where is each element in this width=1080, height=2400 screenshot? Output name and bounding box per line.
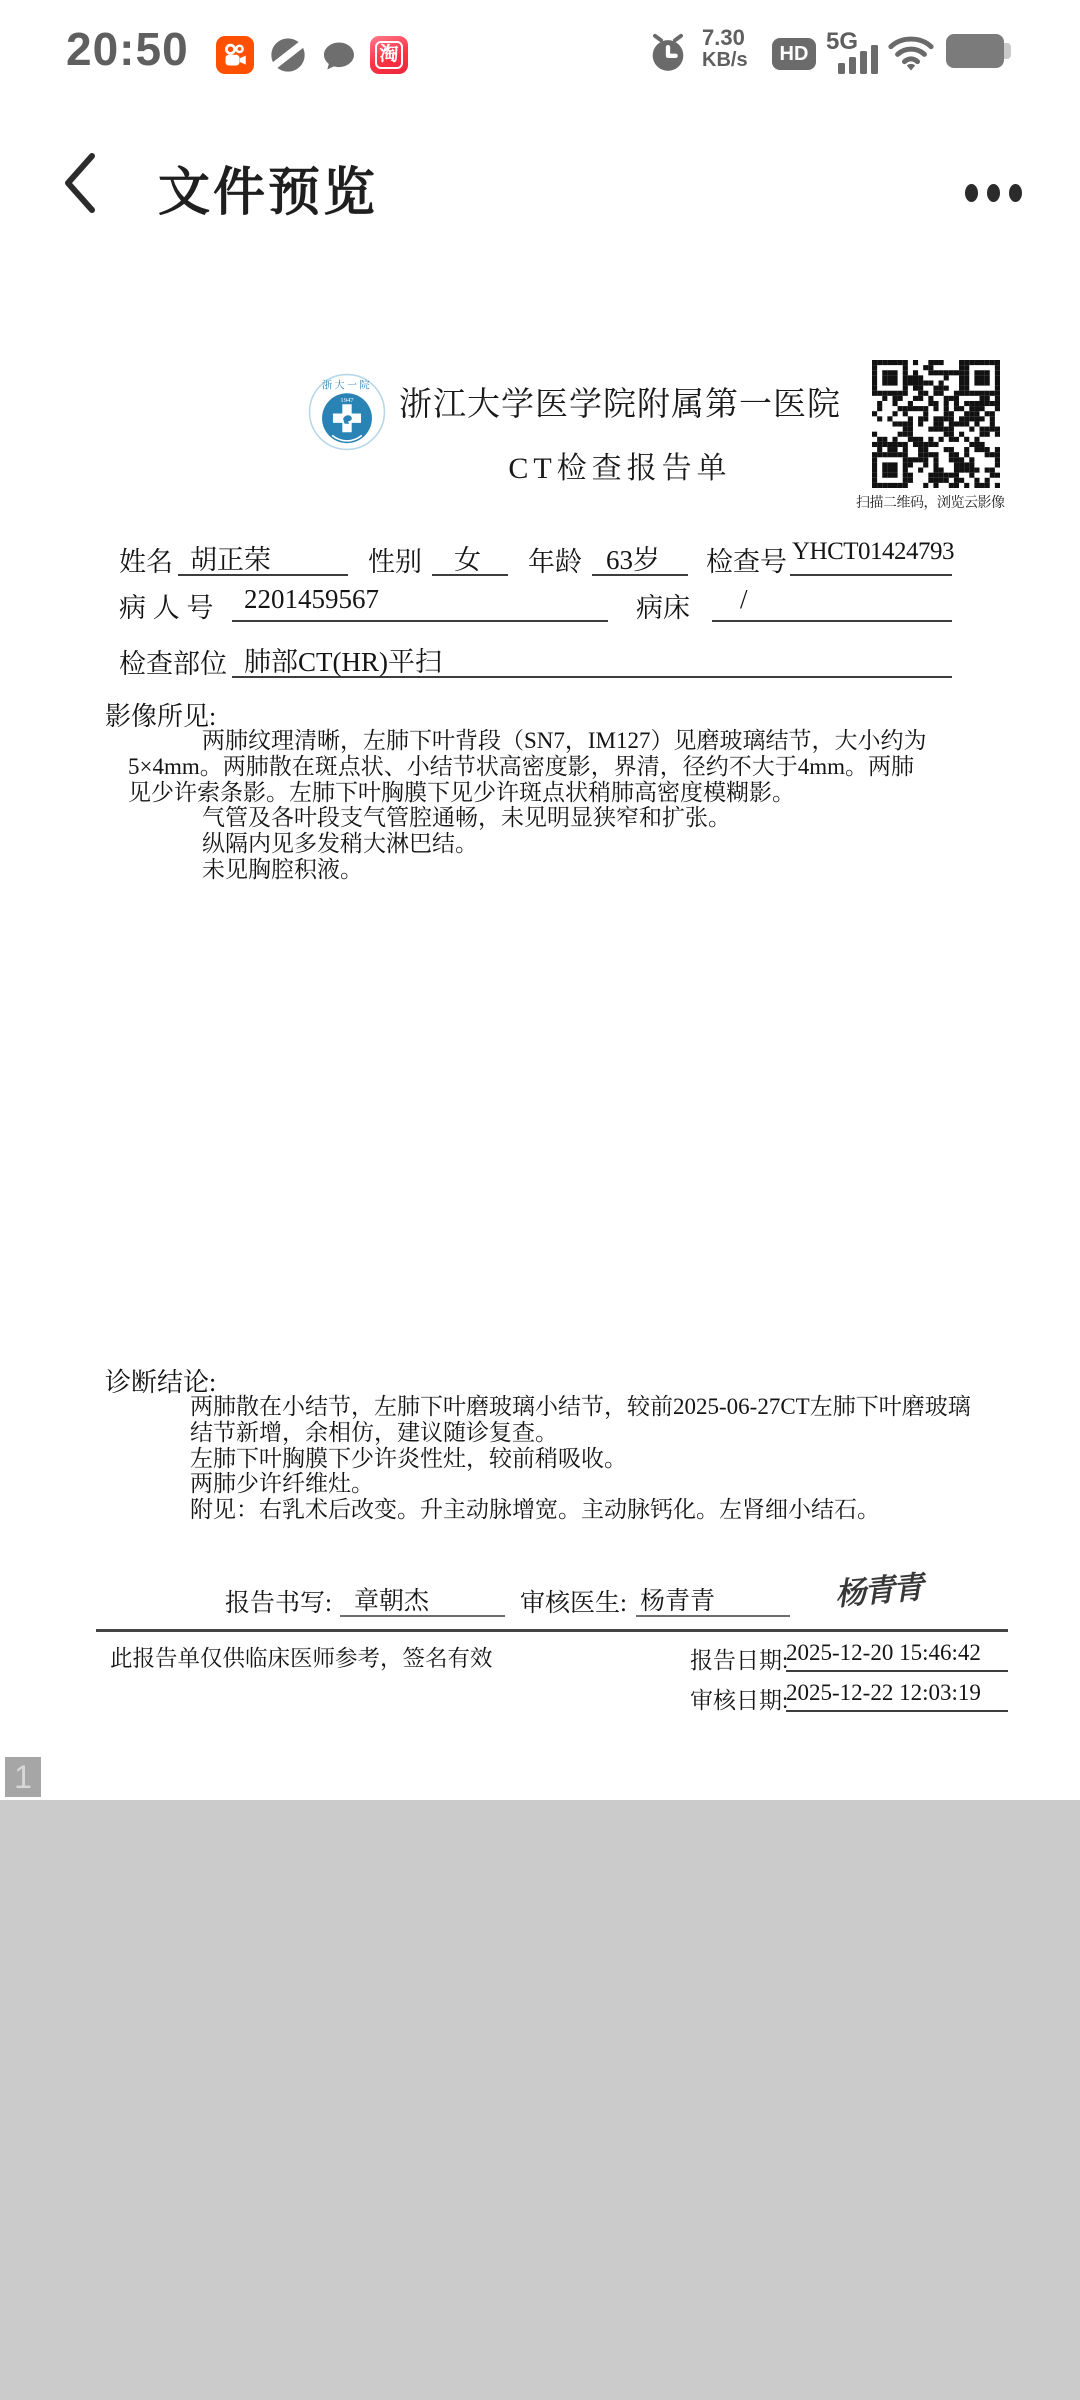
exam-part-label: 检查部位 [119, 642, 227, 681]
gender-label: 性别 [368, 540, 422, 579]
name-label: 姓名 [119, 540, 173, 579]
patient-no-label: 病 人 号 [119, 586, 214, 625]
report-date-row: 报告日期: 2025-12-20 15:46:42 [0, 1642, 1080, 1674]
reviewer-label: 审核医生: [520, 1583, 627, 1619]
conclusion-line: 左肺下叶胸膜下少许炎性灶，较前稍吸收。 [190, 1446, 971, 1472]
app-header: 文件预览 [0, 100, 1080, 272]
network-speed-value: 7.30 [702, 26, 748, 49]
patient-row-3: 检查部位 肺部CT(HR)平扫 [0, 642, 1080, 680]
ellipsis-dot [965, 184, 978, 202]
chevron-left-icon [62, 152, 96, 214]
findings-line: 两肺纹理清晰，左肺下叶背段（SN7，IM127）见磨玻璃结节，大小约为 [128, 728, 927, 754]
name-value: 胡正荣 [178, 538, 348, 576]
age-label: 年龄 [528, 540, 582, 579]
video-camera-icon [220, 40, 250, 70]
reviewer-name: 杨青青 [636, 1581, 790, 1617]
hospital-name: 浙江大学医学院附属第一医院 [330, 378, 910, 425]
age-value: 63岁 [592, 538, 688, 576]
phone-screen: 20:50 淘 [0, 0, 1080, 2400]
bed-value: / [712, 584, 952, 622]
document-preview-page[interactable]: 浙大一院 1947 浙江大学医学院附属第一医院 CT检查报告单 扫描二维码，浏览… [0, 273, 1080, 1800]
planet-icon [268, 35, 308, 75]
report-title: CT检查报告单 [330, 443, 910, 487]
patient-row-1: 姓名 胡正荣 性别 女 年龄 63岁 检查号 YHCT01424793 [0, 540, 1080, 578]
findings-line: 见少许索条影。左肺下叶胸膜下见少许斑点状稍肺高密度模糊影。 [128, 780, 927, 806]
conclusion-text: 两肺散在小结节，左肺下叶磨玻璃小结节，较前2025-06-27CT左肺下叶磨玻璃… [190, 1394, 971, 1523]
conclusion-line: 两肺少许纤维灶。 [190, 1471, 971, 1497]
page-number-badge: 1 [5, 1757, 41, 1797]
network-speed-unit: KB/s [702, 49, 748, 72]
findings-line: 5×4mm。两肺散在斑点状、小结节状高密度影，界清，径约不大于4mm。两肺 [128, 754, 927, 780]
kuaishou-notification-icon [216, 36, 254, 74]
conclusion-line: 结节新增，余相仿，建议随诊复查。 [190, 1420, 971, 1446]
battery-icon [946, 34, 1004, 68]
preview-background [0, 1800, 1080, 2400]
clock-time: 20:50 [66, 22, 189, 76]
review-date-label: 审核日期: [690, 1682, 788, 1715]
gender-value: 女 [432, 538, 508, 576]
back-button[interactable] [62, 152, 132, 232]
exam-part-value: 肺部CT(HR)平扫 [232, 640, 952, 678]
alarm-clock-icon [648, 32, 688, 74]
qr-caption: 扫描二维码，浏览云影像 [856, 492, 1016, 512]
ellipsis-dot [1009, 184, 1022, 202]
findings-line: 气管及各叶段支气管腔通畅，未见明显狭窄和扩张。 [128, 805, 927, 831]
bed-label: 病床 [636, 586, 690, 625]
taobao-notification-icon: 淘 [370, 36, 408, 74]
patient-no-value: 2201459567 [232, 584, 608, 622]
exam-no-label: 检查号 [706, 540, 787, 579]
chat-notification-icon [321, 38, 357, 74]
footer-rule [96, 1629, 1008, 1632]
wifi-icon [888, 32, 934, 74]
findings-line: 纵隔内见多发稍大淋巴结。 [128, 831, 927, 857]
page-title: 文件预览 [158, 150, 378, 225]
status-bar: 20:50 淘 [0, 0, 1080, 100]
browser-notification-icon [268, 35, 308, 75]
speech-bubble-icon [321, 38, 357, 74]
handwritten-signature: 杨青青 [835, 1561, 929, 1614]
writer-label: 报告书写: [225, 1583, 332, 1619]
exam-no-value: YHCT01424793 [790, 538, 952, 576]
report-date-value: 2025-12-20 15:46:42 [786, 1640, 1008, 1672]
cellular-signal-indicator: 5G [826, 28, 882, 76]
signal-bars-icon [838, 45, 878, 74]
review-date-row: 审核日期: 2025-12-22 12:03:19 [0, 1682, 1080, 1714]
conclusion-line: 两肺散在小结节，左肺下叶磨玻璃小结节，较前2025-06-27CT左肺下叶磨玻璃 [190, 1394, 971, 1420]
taobao-logo-char: 淘 [375, 41, 402, 69]
writer-name: 章朝杰 [340, 1581, 505, 1617]
ellipsis-dot [987, 184, 1000, 202]
hd-volte-badge: HD [772, 38, 816, 70]
more-options-button[interactable] [932, 170, 1022, 216]
patient-row-2: 病 人 号 2201459567 病床 / [0, 586, 1080, 624]
findings-text: 两肺纹理清晰，左肺下叶背段（SN7，IM127）见磨玻璃结节，大小约为 5×4m… [128, 728, 927, 883]
conclusion-line: 附见：右乳术后改变。升主动脉增宽。主动脉钙化。左肾细小结石。 [190, 1497, 971, 1523]
network-speed-indicator: 7.30 KB/s [702, 26, 748, 72]
report-date-label: 报告日期: [690, 1642, 788, 1675]
findings-line: 未见胸腔积液。 [128, 857, 927, 883]
review-date-value: 2025-12-22 12:03:19 [786, 1680, 1008, 1712]
qr-code [872, 360, 1000, 488]
